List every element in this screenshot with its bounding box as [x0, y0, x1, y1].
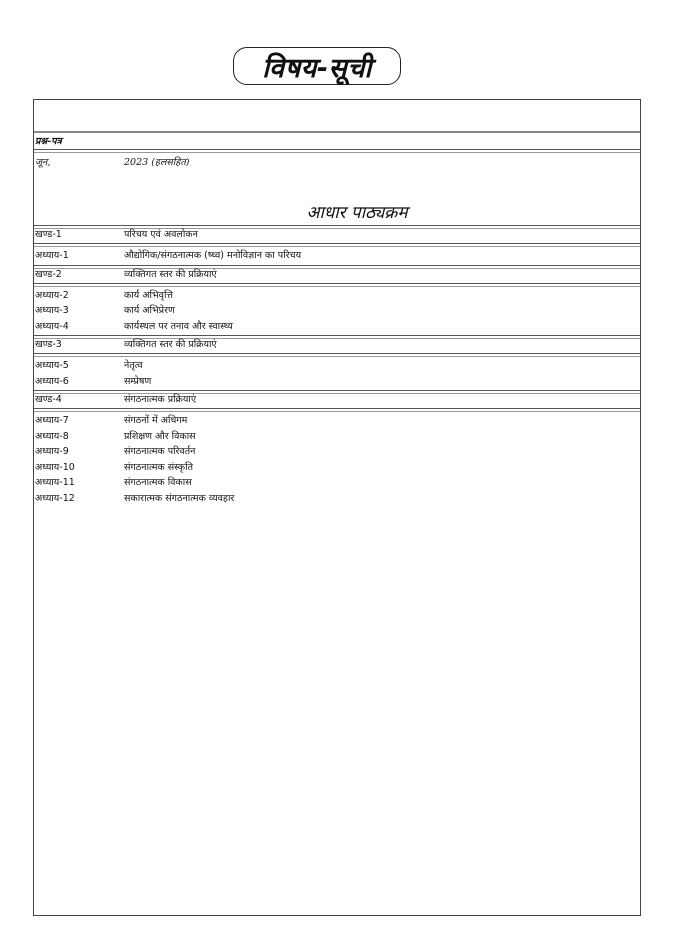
divider — [34, 353, 640, 354]
chapter-row-title: सम्प्रेषण — [124, 374, 151, 389]
chapter-row-label: अध्याय-12 — [35, 491, 75, 506]
paper-year-note: 2023 (हलसहित) — [124, 155, 189, 170]
chapter-row-label: अध्याय-11 — [35, 475, 75, 490]
chapter-row[interactable]: अध्याय-11संगठनात्मक विकास — [34, 475, 640, 490]
chapter-row-title: औद्योगिक/संगठनात्मक (ष्ध्व) मनोविज्ञान क… — [124, 248, 301, 263]
chapter-row-label: अध्याय-10 — [35, 460, 75, 475]
block-row[interactable]: खण्ड-2व्यक्तिगत स्तर की प्रक्रियाएं — [34, 267, 640, 282]
chapter-row-title: कार्य अभिवृत्ति — [124, 288, 173, 303]
paper-month: जून, — [35, 155, 50, 170]
block-row-label: खण्ड-3 — [35, 337, 62, 352]
block-row-title: परिचय एवं अवलोकन — [124, 227, 198, 242]
chapter-row-title: संगठनात्मक विकास — [124, 475, 192, 490]
course-heading: आधार पाठ्यक्रम — [34, 200, 640, 223]
chapter-row-title: कार्यस्थल पर तनाव और स्वास्थ्य — [124, 319, 233, 334]
divider — [34, 408, 640, 409]
paper-entry[interactable]: जून, 2023 (हलसहित) — [34, 155, 640, 170]
divider — [34, 243, 640, 244]
chapter-row[interactable]: अध्याय-10संगठनात्मक संस्कृति — [34, 460, 640, 475]
chapter-row[interactable]: अध्याय-8प्रशिक्षण और विकास — [34, 429, 640, 444]
chapter-row[interactable]: अध्याय-4कार्यस्थल पर तनाव और स्वास्थ्य — [34, 319, 640, 334]
chapter-row-label: अध्याय-9 — [35, 444, 69, 459]
divider — [34, 149, 640, 150]
block-row-title: व्यक्तिगत स्तर की प्रक्रियाएं — [124, 267, 217, 282]
block-row[interactable]: खण्ड-1परिचय एवं अवलोकन — [34, 227, 640, 242]
chapter-row-title: कार्य अभिप्रेरण — [124, 303, 175, 318]
chapter-row[interactable]: अध्याय-5नेतृत्व — [34, 358, 640, 373]
block-row[interactable]: खण्ड-3व्यक्तिगत स्तर की प्रक्रियाएं — [34, 337, 640, 352]
paper-label-row: प्रश्न-पत्र — [34, 134, 640, 149]
chapter-row[interactable]: अध्याय-7संगठनों में अधिगम — [34, 413, 640, 428]
chapter-row-title: संगठनात्मक परिवर्तन — [124, 444, 195, 459]
block-row-label: खण्ड-1 — [35, 227, 62, 242]
divider — [34, 225, 640, 226]
chapter-row[interactable]: अध्याय-3कार्य अभिप्रेरण — [34, 303, 640, 318]
page-title: विषय-सूची — [262, 48, 372, 85]
divider — [34, 390, 640, 391]
chapter-row-label: अध्याय-7 — [35, 413, 69, 428]
contents-frame: प्रश्न-पत्र जून, 2023 (हलसहित) आधार पाठ्… — [33, 99, 641, 916]
chapter-row[interactable]: अध्याय-6सम्प्रेषण — [34, 374, 640, 389]
chapter-row-title: संगठनात्मक संस्कृति — [124, 460, 193, 475]
block-row-title: व्यक्तिगत स्तर की प्रक्रियाएं — [124, 337, 217, 352]
chapter-row-title: संगठनों में अधिगम — [124, 413, 187, 428]
chapter-row-label: अध्याय-6 — [35, 374, 69, 389]
chapter-row-label: अध्याय-4 — [35, 319, 69, 334]
chapter-row[interactable]: अध्याय-2कार्य अभिवृत्ति — [34, 288, 640, 303]
chapter-row-label: अध्याय-2 — [35, 288, 69, 303]
chapter-row-title: नेतृत्व — [124, 358, 143, 373]
block-row-label: खण्ड-4 — [35, 392, 62, 407]
chapter-row-label: अध्याय-3 — [35, 303, 69, 318]
chapter-row[interactable]: अध्याय-12सकारात्मक संगठनात्मक व्यवहार — [34, 491, 640, 506]
chapter-row-title: प्रशिक्षण और विकास — [124, 429, 196, 444]
chapter-row-label: अध्याय-1 — [35, 248, 69, 263]
divider — [34, 283, 640, 284]
chapter-row-title: सकारात्मक संगठनात्मक व्यवहार — [124, 491, 234, 506]
chapter-row[interactable]: अध्याय-1औद्योगिक/संगठनात्मक (ष्ध्व) मनोव… — [34, 248, 640, 263]
block-row[interactable]: खण्ड-4संगठनात्मक प्रक्रियाएं — [34, 392, 640, 407]
block-row-label: खण्ड-2 — [35, 267, 62, 282]
divider — [34, 131, 640, 133]
chapter-row[interactable]: अध्याय-9संगठनात्मक परिवर्तन — [34, 444, 640, 459]
paper-label: प्रश्न-पत्र — [35, 134, 62, 149]
chapter-row-label: अध्याय-8 — [35, 429, 69, 444]
chapter-row-label: अध्याय-5 — [35, 358, 69, 373]
divider — [34, 265, 640, 266]
block-row-title: संगठनात्मक प्रक्रियाएं — [124, 392, 196, 407]
divider — [34, 335, 640, 336]
page-title-box: विषय-सूची — [233, 47, 401, 85]
